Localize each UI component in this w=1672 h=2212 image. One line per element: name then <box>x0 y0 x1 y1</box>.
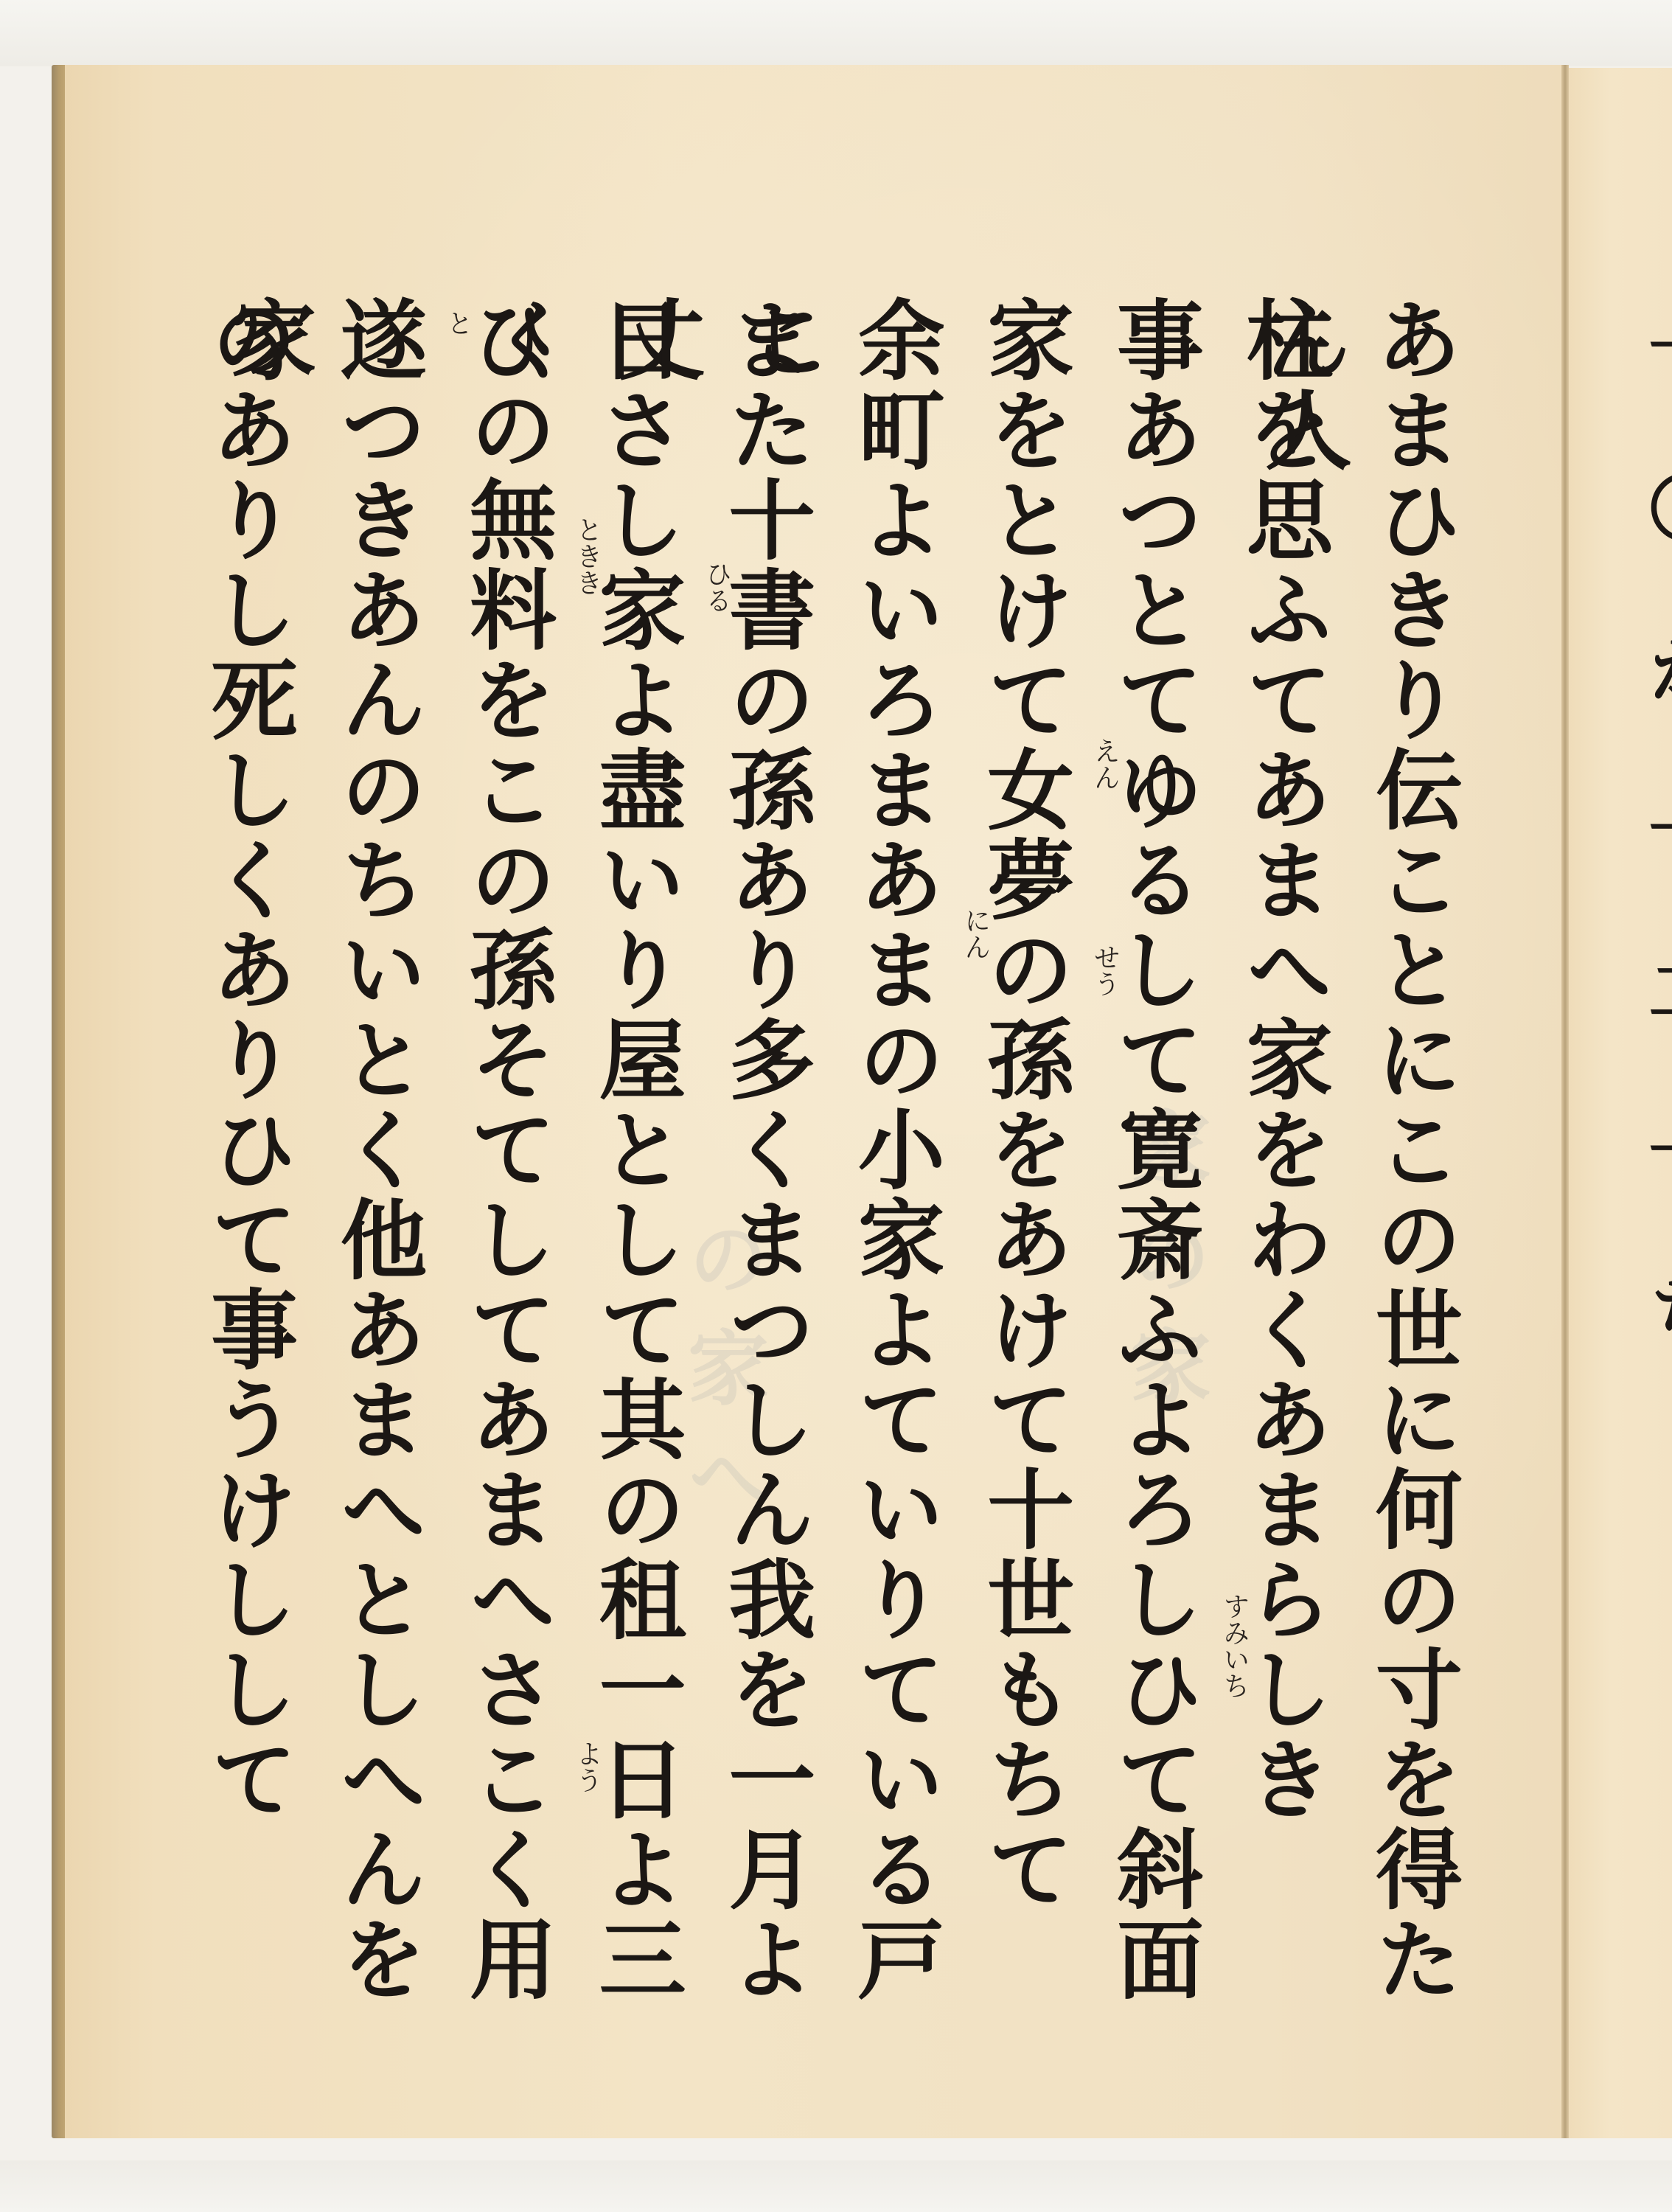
background-top <box>0 0 1672 66</box>
furigana: えん <box>1049 737 1160 790</box>
text-column-4: 家をとけて女夢の孫をあけて十世もちて えん せう <box>968 295 1079 2042</box>
furigana: よう <box>532 1740 642 1793</box>
text-column-10: のありし死しくありひて事うけしして <box>192 295 302 2042</box>
right-page-text-fragment: 一 〇 か 一 二 一 ち <box>1643 310 1672 1348</box>
furigana: すみいち <box>1179 1593 1289 1699</box>
book-gutter <box>1561 65 1569 2138</box>
text-column-1: あまひきり伝ことにこの世に何の寸を得たん人 <box>1356 295 1467 2042</box>
furigana: ひる <box>661 560 772 613</box>
furigana: せう <box>1049 944 1160 997</box>
manuscript-columns: あまひきり伝ことにこの世に何の寸を得たん人 柱を思ふてあまへ家をわくあまらしき … <box>192 295 1467 2042</box>
text-column-8: ひの無料をこの孫そてしてあまへさこく用 ときき よう <box>450 295 561 2042</box>
furigana: と <box>403 310 513 336</box>
text-column-6: また十書の孫あり多くまつしん我を一月よ丈 <box>709 295 820 2042</box>
text-column-9: 遂つきあんのちいとく他あまへとしへんを家 と <box>321 295 432 2042</box>
text-column-3: 事あつとてゆるして寛斎ふよろしひて斜面 すみいち <box>1098 295 1208 2042</box>
text-column-2: 柱を思ふてあまへ家をわくあまらしき <box>1227 295 1337 2042</box>
text-column-5: 余町よいろまあまの小家よていりている戸こ にん <box>839 295 950 2042</box>
furigana: にん <box>920 907 1031 960</box>
background-bottom <box>0 2160 1672 2212</box>
furigana: ときき <box>532 516 642 596</box>
